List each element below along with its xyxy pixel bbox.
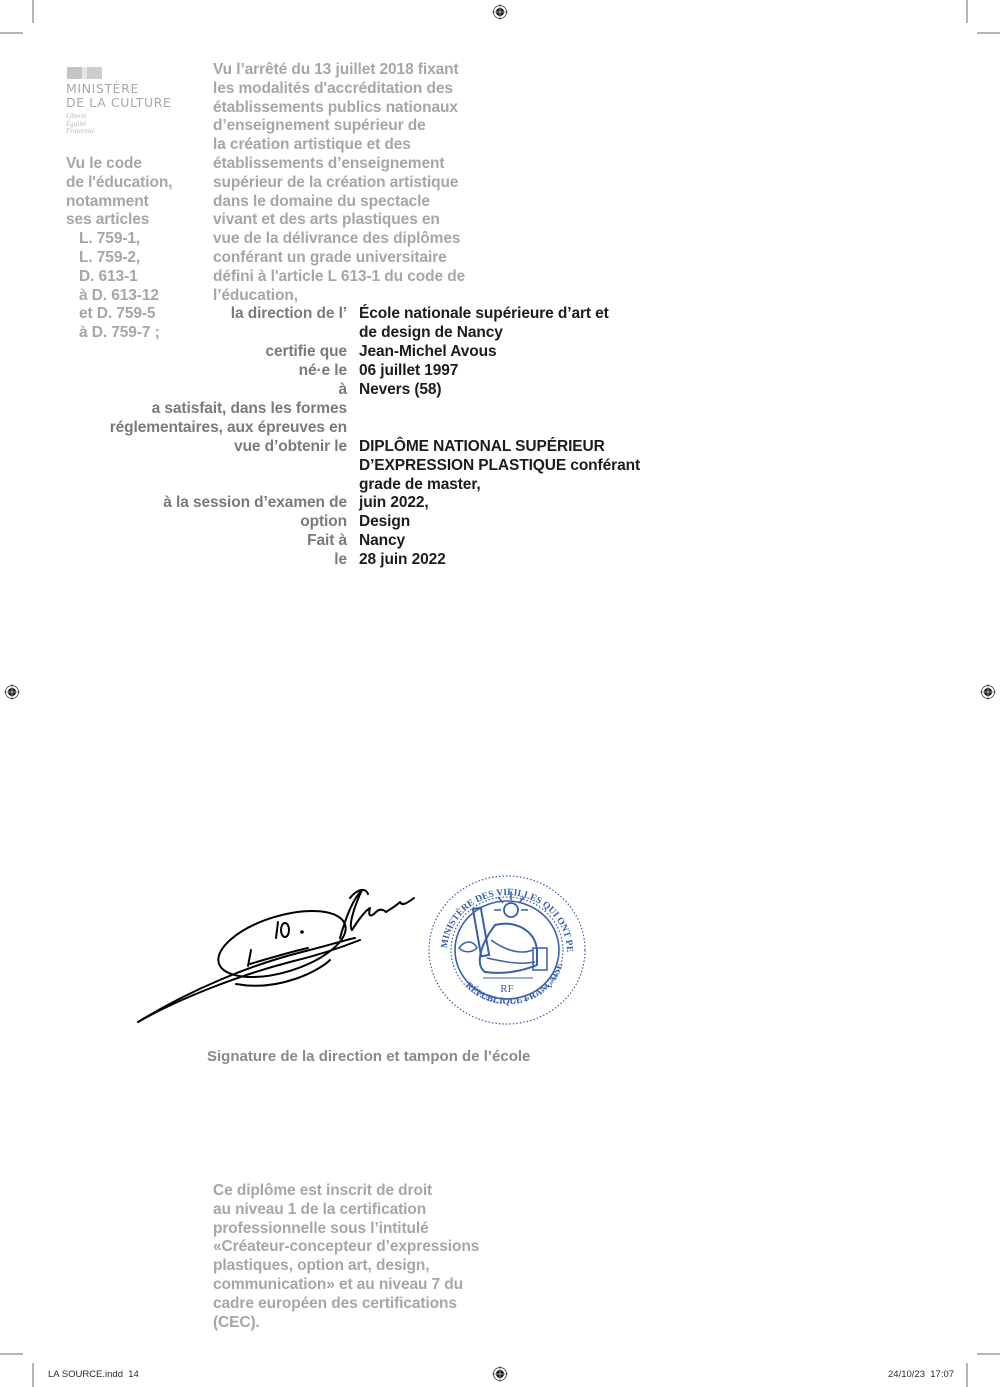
registration-mark-icon xyxy=(980,684,996,700)
value-exam-session: juin 2022, xyxy=(359,494,429,513)
value-birth-place: Nevers (58) xyxy=(359,381,441,400)
ministry-name: MINISTÈRE DE LA CULTURE xyxy=(66,82,172,110)
registration-mark-icon xyxy=(492,4,508,20)
label-certifies: certifie que xyxy=(266,343,348,362)
value-school: École nationale supérieure d’art et de d… xyxy=(359,305,609,343)
signature-caption: Signature de la direction et tampon de l… xyxy=(207,1048,530,1065)
crop-mark-top-left-h xyxy=(0,32,23,34)
svg-text:RÉPUBLIQUE FRANÇAISE: RÉPUBLIQUE FRANÇAISE xyxy=(463,962,566,1007)
crop-mark-bottom-left-v xyxy=(32,1363,34,1387)
value-diploma-title: DIPLÔME NATIONAL SUPÉRIEUR D’EXPRESSION … xyxy=(359,438,640,494)
registration-mark-icon xyxy=(492,1366,508,1382)
label-option: option xyxy=(300,513,347,532)
slug-file-info: LA SOURCE.indd 14 xyxy=(48,1369,139,1380)
crop-mark-bottom-right-h xyxy=(977,1353,1000,1355)
slug-timestamp: 24/10/23 17:07 xyxy=(888,1369,954,1380)
label-satisfied-1: a satisfait, dans les formes xyxy=(152,400,347,419)
crop-mark-top-right-h xyxy=(977,32,1000,34)
label-to-obtain: vue d’obtenir le xyxy=(234,438,347,457)
right-preamble: Vu l’arrêté du 13 juillet 2018 fixant le… xyxy=(213,61,513,305)
value-made-at: Nancy xyxy=(359,532,405,551)
value-option: Design xyxy=(359,513,410,532)
school-stamp: MINISTÈRE DES VIEILLES QUI ONT PEUR DES … xyxy=(425,870,590,1030)
registration-mark-icon xyxy=(4,684,20,700)
crop-mark-bottom-right-v xyxy=(966,1363,968,1387)
value-date: 28 juin 2022 xyxy=(359,551,446,570)
left-preamble: Vu le code de l'éducation, notamment ses… xyxy=(66,155,216,343)
label-exam-session: à la session d’examen de xyxy=(163,494,347,513)
label-born-on: né·e le xyxy=(299,362,347,381)
label-direction: la direction de l’ xyxy=(231,305,347,324)
marianne-flag-logo xyxy=(67,67,102,79)
crop-mark-bottom-left-h xyxy=(0,1353,23,1355)
crop-mark-top-left-v xyxy=(32,0,34,23)
republic-motto: Liberté Égalité Fraternité xyxy=(66,113,95,136)
svg-text:MINISTÈRE DES VIEILLES QUI ONT: MINISTÈRE DES VIEILLES QUI ONT PEUR DES … xyxy=(425,870,574,953)
label-satisfied-2: réglementaires, aux épreuves en xyxy=(110,419,347,438)
label-made-at: Fait à xyxy=(307,532,347,551)
label-born-at: à xyxy=(338,381,347,400)
crop-mark-top-right-v xyxy=(966,0,968,23)
svg-text:RF: RF xyxy=(500,983,513,995)
label-date: le xyxy=(334,551,347,570)
certification-note: Ce diplôme est inscrit de droit au nivea… xyxy=(213,1182,513,1332)
value-birth-date: 06 juillet 1997 xyxy=(359,362,458,381)
director-signature xyxy=(130,880,430,1030)
value-student-name: Jean-Michel Avous xyxy=(359,343,497,362)
